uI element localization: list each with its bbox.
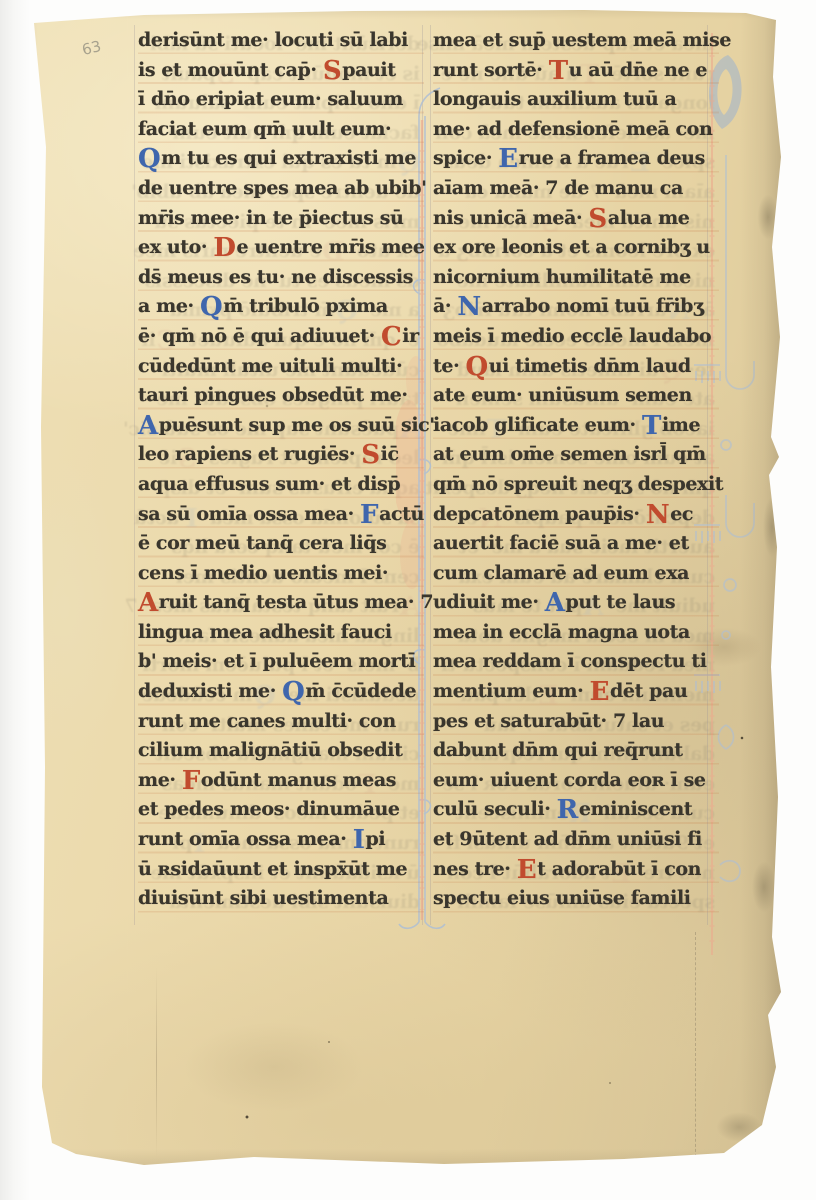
text-segment: de uentre spes mea ab ubib': [138, 177, 427, 199]
text-line: cilium malignātiū obsedit: [138, 736, 424, 766]
text-line: runt me canes multi· con: [138, 707, 424, 737]
text-segment: actū: [379, 503, 424, 525]
text-line: deduxisti me· Qm̄ c̄cūdede: [138, 677, 424, 707]
text-line: iacob glificate eum· Time: [433, 411, 719, 441]
ruling-prick-line: [695, 932, 696, 1167]
text-line: nes tre· Et adorabūt ī con: [433, 855, 719, 885]
text-segment: longauis auxilium tuū a: [433, 88, 676, 110]
text-segment: pi: [365, 828, 385, 850]
text-segment: ī dn̄o eripiat eum· saluum: [138, 88, 403, 110]
text-line: dabunt dn̄m qui req̄runt: [433, 736, 719, 766]
text-segment: a me·: [138, 295, 200, 317]
text-line: te· Qui timetis dn̄m laud: [433, 352, 719, 382]
text-line: ex uto· De uentre mr̄is mee: [138, 233, 424, 263]
text-segment: puēsunt sup me os suū sic': [159, 414, 435, 436]
text-segment: pes et saturabūt· 7 lau: [433, 710, 664, 732]
text-segment: eum· uiuent corda eoʀ ī se: [433, 769, 706, 791]
text-segment: deduxisti me·: [138, 680, 282, 702]
text-line: runt omīa ossa mea· Ipi: [138, 825, 424, 855]
text-line: mr̄is mee· in te p̄iectus sū: [138, 204, 424, 234]
text-segment: at eum om̄e semen isrl̄ qm̄: [433, 443, 706, 465]
text-line: de uentre spes mea ab ubib': [138, 174, 424, 204]
text-line: ate eum· uniūsum semen: [433, 381, 719, 411]
text-segment: ē cor meū tanq̄ cera liq̄s: [138, 532, 386, 554]
text-segment: dēt pau: [610, 680, 687, 702]
text-segment: cūdedūnt me uituli multi·: [138, 355, 402, 377]
text-line: nis unicā meā· Salua me: [433, 204, 719, 234]
text-segment: is et mouūnt cap̄·: [138, 59, 323, 81]
text-segment: aqua effusus sum· et disp̄: [138, 473, 400, 495]
text-line: et pedes meos· dinumāue: [138, 795, 424, 825]
text-line: aīam meā· 7 de manu ca: [433, 174, 719, 204]
text-segment: ā·: [433, 295, 457, 317]
illuminated-initial: F: [360, 500, 379, 530]
text-line: derisūnt me· locuti sū labi: [138, 26, 424, 56]
text-line: ē cor meū tanq̄ cera liq̄s: [138, 529, 424, 559]
text-line: ex ore leonis et a cornibʒ u: [433, 233, 719, 263]
text-segment: ime: [662, 414, 700, 436]
text-line: spice· Erue a framea deus: [433, 144, 719, 174]
illuminated-initial: T: [642, 411, 662, 441]
text-segment: derisūnt me· locuti sū labi: [138, 29, 408, 51]
illuminated-initial: R: [557, 795, 579, 825]
text-segment: et 9ūtent ad dn̄m uniūsi fi: [433, 828, 702, 850]
text-line: mea et sup̄ uestem meā mise: [433, 26, 719, 56]
text-line: is et mouūnt cap̄· Spauit: [138, 56, 424, 86]
text-line: ā· Narrabo nomī tuū fr̄ibʒ: [433, 292, 719, 322]
text-line: nicornium humilitatē me: [433, 263, 719, 293]
text-line: depcatōnem paup̄is· Nec: [433, 500, 719, 530]
text-segment: spice·: [433, 147, 498, 169]
illuminated-initial: Q: [466, 352, 489, 382]
text-segment: depcatōnem paup̄is·: [433, 503, 646, 525]
text-line: ū ʀsidaūunt et inspx̄ūt me: [138, 855, 424, 885]
ruling-line-vertical: [430, 25, 431, 925]
text-segment: rue a framea deus: [519, 147, 705, 169]
text-segment: mr̄is mee· in te p̄iectus sū: [138, 207, 403, 229]
text-segment: runt me canes multi· con: [138, 710, 396, 732]
text-segment: runt omīa ossa mea·: [138, 828, 353, 850]
text-segment: cum clamarē ad eum exa: [433, 562, 689, 584]
text-segment: u aū dn̄e ne e: [569, 59, 707, 81]
text-line: ds̄ meus es tu· ne discessis: [138, 263, 424, 293]
text-segment: dabunt dn̄m qui req̄runt: [433, 739, 683, 761]
text-segment: qm̄ nō spreuit neqʒ despexit: [433, 473, 723, 495]
illuminated-initial: A: [138, 411, 159, 441]
text-line: auertit faciē suā a me· et: [433, 529, 719, 559]
text-segment: diuisūnt sibi uestimenta: [138, 887, 388, 909]
text-column-left: derisūnt me· locuti sū labiis et mouūnt …: [138, 26, 424, 916]
text-segment: te·: [433, 355, 466, 377]
text-line: lingua mea adhesit fauci: [138, 618, 424, 648]
text-line: et 9ūtent ad dn̄m uniūsi fi: [433, 825, 719, 855]
text-segment: nes tre·: [433, 858, 517, 880]
text-segment: mea et sup̄ uestem meā mise: [433, 29, 731, 51]
text-segment: auertit faciē suā a me· et: [433, 532, 689, 554]
text-line: diuisūnt sibi uestimenta: [138, 884, 424, 914]
scanned-page: derisūnt me· locuti sū labiis et mouūnt …: [0, 0, 816, 1200]
text-segment: leo rapiens et rugiēs·: [138, 443, 361, 465]
text-line: Apuēsunt sup me os suū sic': [138, 411, 424, 441]
text-segment: sa sū omīa ossa mea·: [138, 503, 360, 525]
text-line: aqua effusus sum· et disp̄: [138, 470, 424, 500]
text-line: meis ī medio ecclē laudabo: [433, 322, 719, 352]
text-segment: spectu eius uniūse famili: [433, 887, 691, 909]
text-line: cūdedūnt me uituli multi·: [138, 352, 424, 382]
ruling-line-vertical: [134, 25, 135, 925]
illuminated-initial: T: [549, 56, 569, 86]
illuminated-initial: S: [323, 56, 342, 86]
text-segment: ds̄ meus es tu· ne discessis: [138, 266, 413, 288]
text-line: mea in ecclā magna uota: [433, 618, 719, 648]
text-segment: et pedes meos· dinumāue: [138, 798, 400, 820]
text-segment: me· ad defensionē meā con: [433, 118, 712, 140]
text-segment: ate eum· uniūsum semen: [433, 384, 692, 406]
text-segment: udiuit me·: [433, 591, 545, 613]
text-line: culū seculi· Reminiscent: [433, 795, 719, 825]
text-segment: m̄ tribulō pxima: [223, 295, 388, 317]
text-segment: arrabo nomī tuū fr̄ibʒ: [482, 295, 704, 317]
text-line: Qm tu es qui extraxisti me: [138, 144, 424, 174]
pencil-annotation: 63: [80, 37, 103, 59]
text-line: ī dn̄o eripiat eum· saluum: [138, 85, 424, 115]
text-segment: put te laus: [566, 591, 676, 613]
text-line: me· ad defensionē meā con: [433, 115, 719, 145]
text-segment: culū seculi·: [433, 798, 557, 820]
illuminated-initial: S: [361, 440, 380, 470]
text-line: b' meis· et ī puluēem mortī: [138, 647, 424, 677]
text-segment: ec: [670, 503, 693, 525]
text-segment: cens ī medio uentis mei·: [138, 562, 388, 584]
text-segment: ruit tanq̄ testa ūtus mea· 7: [159, 591, 433, 613]
manuscript-leaf: derisūnt me· locuti sū labiis et mouūnt …: [24, 7, 786, 1165]
text-segment: tauri pingues obsedūt me·: [138, 384, 408, 406]
text-segment: ex ore leonis et a cornibʒ u: [433, 236, 710, 258]
text-segment: b' meis· et ī puluēem mortī: [138, 650, 415, 672]
illuminated-initial: F: [182, 766, 201, 796]
text-segment: mea in ecclā magna uota: [433, 621, 690, 643]
text-segment: ē· qm̄ nō ē qui adiuuet·: [138, 325, 381, 347]
text-segment: mentium eum·: [433, 680, 590, 702]
text-line: leo rapiens et rugiēs· Sic̄: [138, 440, 424, 470]
illuminated-initial: C: [381, 322, 402, 352]
text-segment: lingua mea adhesit fauci: [138, 621, 392, 643]
text-segment: ic̄: [381, 443, 399, 465]
illuminated-initial: D: [213, 233, 236, 263]
text-line: udiuit me· Aput te laus: [433, 588, 719, 618]
text-line: Aruit tanq̄ testa ūtus mea· 7: [138, 588, 424, 618]
text-segment: runt sortē·: [433, 59, 549, 81]
text-segment: eminiscent: [579, 798, 692, 820]
crease-line: [156, 967, 157, 1157]
illuminated-initial: E: [590, 677, 610, 707]
illuminated-initial: Q: [200, 292, 223, 322]
text-segment: ex uto·: [138, 236, 213, 258]
text-line: eum· uiuent corda eoʀ ī se: [433, 766, 719, 796]
illuminated-initial: S: [588, 204, 607, 234]
text-segment: meis ī medio ecclē laudabo: [433, 325, 711, 347]
text-line: runt sortē· Tu aū dn̄e ne e: [433, 56, 719, 86]
text-line: ē· qm̄ nō ē qui adiuuet· Cir: [138, 322, 424, 352]
text-segment: cilium malignātiū obsedit: [138, 739, 402, 761]
text-line: faciat eum qm̄ uult eum·: [138, 115, 424, 145]
text-segment: e uentre mr̄is mee: [236, 236, 424, 258]
illuminated-initial: I: [353, 825, 366, 855]
text-segment: t adorabūt ī con: [537, 858, 701, 880]
text-segment: nicornium humilitatē me: [433, 266, 691, 288]
text-segment: faciat eum qm̄ uult eum·: [138, 118, 391, 140]
text-segment: ū ʀsidaūunt et inspx̄ūt me: [138, 858, 407, 880]
text-line: longauis auxilium tuū a: [433, 85, 719, 115]
text-line: spectu eius uniūse famili: [433, 884, 719, 914]
text-line: me· Fodūnt manus meas: [138, 766, 424, 796]
text-column-right: mea et sup̄ uestem meā miserunt sortē· T…: [433, 26, 719, 916]
text-line: cum clamarē ad eum exa: [433, 559, 719, 589]
illuminated-initial: N: [646, 500, 670, 530]
illuminated-initial: Q: [138, 144, 161, 174]
text-segment: iacob glificate eum·: [433, 414, 642, 436]
text-line: tauri pingues obsedūt me·: [138, 381, 424, 411]
illuminated-initial: A: [545, 588, 566, 618]
text-segment: m tu es qui extraxisti me: [161, 147, 416, 169]
text-line: a me· Qm̄ tribulō pxima: [138, 292, 424, 322]
text-line: mentium eum· Edēt pau: [433, 677, 719, 707]
text-segment: ir: [402, 325, 418, 347]
text-line: mea reddam ī conspectu ti: [433, 647, 719, 677]
text-line: cens ī medio uentis mei·: [138, 559, 424, 589]
illuminated-initial: Q: [282, 677, 305, 707]
text-segment: nis unicā meā·: [433, 207, 588, 229]
illuminated-initial: E: [498, 144, 518, 174]
text-line: at eum om̄e semen isrl̄ qm̄: [433, 440, 719, 470]
text-segment: odūnt manus meas: [201, 769, 396, 791]
illuminated-initial: N: [457, 292, 481, 322]
text-segment: mea reddam ī conspectu ti: [433, 650, 707, 672]
text-line: sa sū omīa ossa mea· Factū: [138, 500, 424, 530]
text-line: qm̄ nō spreuit neqʒ despexit: [433, 470, 719, 500]
illuminated-initial: E: [517, 855, 537, 885]
text-segment: ui timetis dn̄m laud: [489, 355, 691, 377]
illuminated-initial: A: [138, 588, 159, 618]
text-line: pes et saturabūt· 7 lau: [433, 707, 719, 737]
text-segment: alua me: [608, 207, 690, 229]
text-segment: pauit: [342, 59, 395, 81]
text-segment: m̄ c̄cūdede: [305, 680, 416, 702]
text-segment: aīam meā· 7 de manu ca: [433, 177, 683, 199]
text-segment: me·: [138, 769, 182, 791]
